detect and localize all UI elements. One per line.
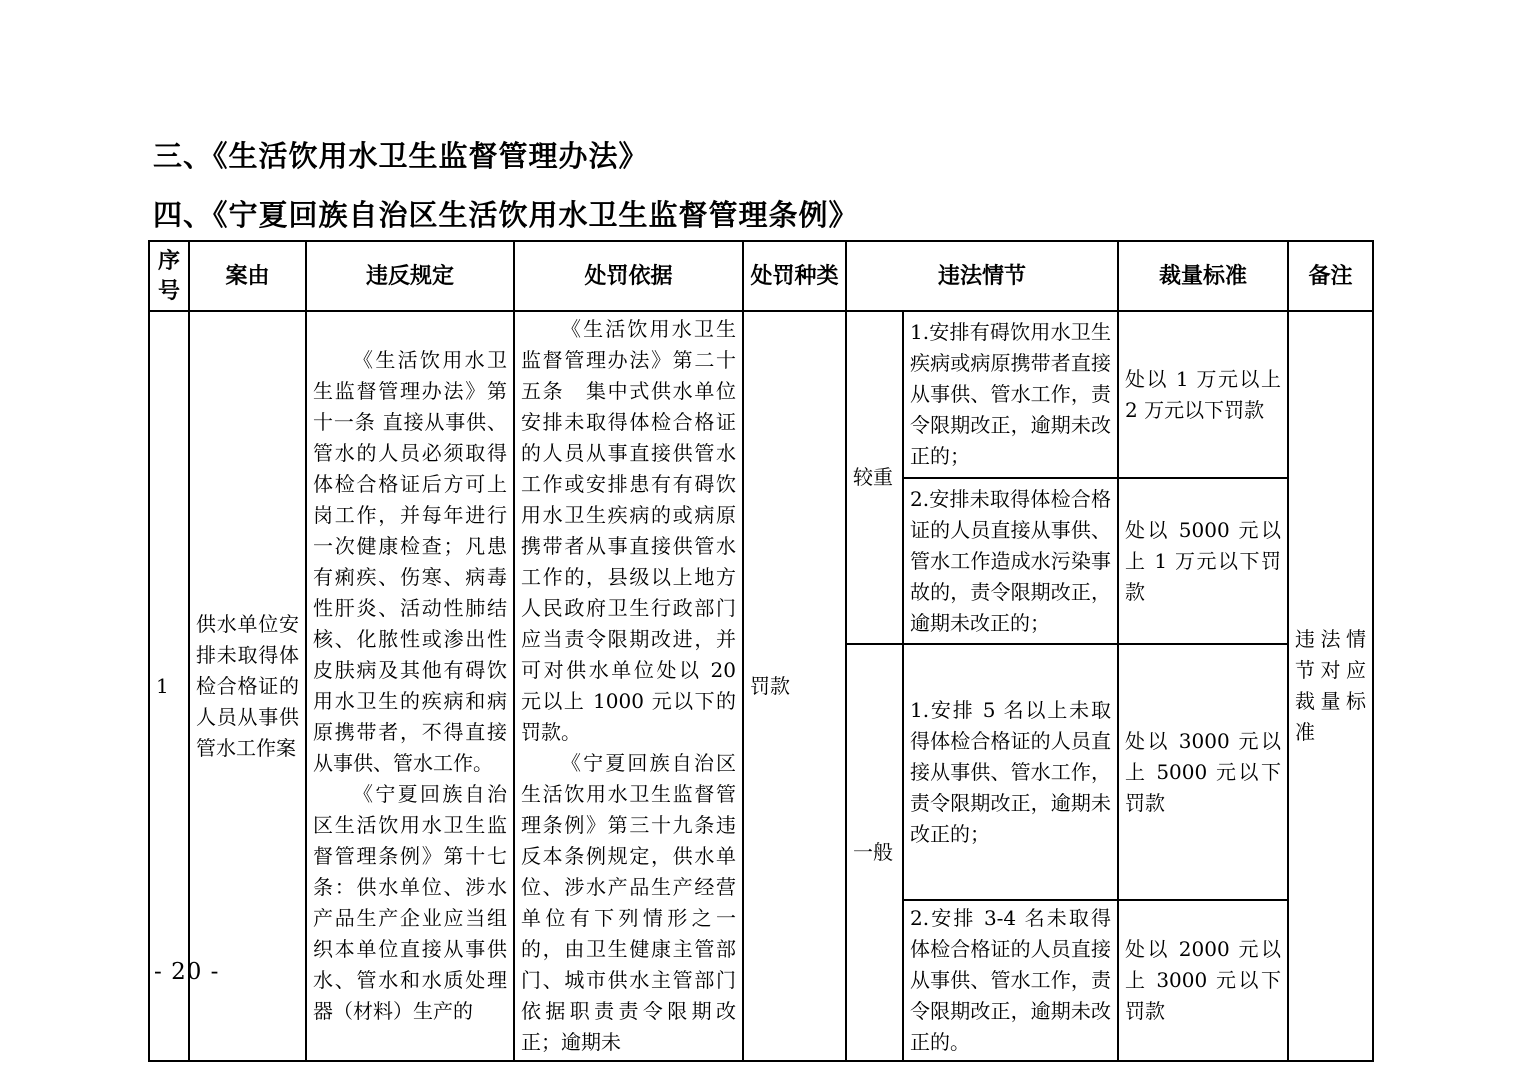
cell-cause: 供水单位安排未取得体检合格证的人员从事供管水工作案 [189,311,306,1061]
basis-paragraph: 《宁夏回族自治区生活饮用水卫生监督管理条例》第三十九条违反本条例规定，供水单位、… [521,748,736,1058]
cell-severity-serious: 较重 [846,311,903,644]
cell-discretion-standard: 处以 2000 元以上 3000 元以下罚款 [1118,900,1288,1061]
cell-discretion-standard: 处以 3000 元以上 5000 元以下罚款 [1118,644,1288,900]
cell-circumstance: 1.安排 5 名以上未取得体检合格证的人员直接从事供、管水工作，责令限期改正，逾… [903,644,1118,900]
header-row: 序号 案由 违反规定 处罚依据 处罚种类 违法情节 裁量标准 备注 [149,241,1373,311]
cell-penalty-type: 罚款 [743,311,846,1061]
basis-paragraph: 《生活饮用水卫生监督管理办法》第二十五条 集中式供水单位安排未取得体检合格证的人… [521,314,736,748]
section-heading-4: 四、《宁夏回族自治区生活饮用水卫生监督管理条例》 [153,193,859,234]
cell-circumstance: 2.安排 3-4 名未取得体检合格证的人员直接从事供、管水工作，责令限期改正，逾… [903,900,1118,1061]
col-header-violation-circumstances: 违法情节 [846,241,1118,311]
col-header-penalty-basis: 处罚依据 [514,241,743,311]
cell-severity-general: 一般 [846,644,903,1061]
cell-serial-number: 1 [149,311,189,1061]
document-page: 三、《生活饮用水卫生监督管理办法》 四、《宁夏回族自治区生活饮用水卫生监督管理条… [0,0,1520,1074]
col-header-discretion-standard: 裁量标准 [1118,241,1288,311]
col-header-penalty-type: 处罚种类 [743,241,846,311]
cell-discretion-standard: 处以 1 万元以上 2 万元以下罚款 [1118,311,1288,478]
cell-discretion-standard: 处以 5000 元以上 1 万元以下罚款 [1118,478,1288,644]
cell-violated-provision: 《生活饮用水卫生监督管理办法》第十一条 直接从事供、管水的人员必须取得体检合格证… [306,311,514,1061]
col-header-violated-provision: 违反规定 [306,241,514,311]
col-header-cause: 案由 [189,241,306,311]
section-heading-3: 三、《生活饮用水卫生监督管理办法》 [153,134,649,175]
page-number: - 20 - [154,959,219,985]
provision-paragraph: 《宁夏回族自治区生活饮用水卫生监督管理条例》第十七条：供水单位、涉水产品生产企业… [313,779,507,1027]
col-header-remarks: 备注 [1288,241,1373,311]
col-header-serial: 序号 [149,241,189,311]
regulation-table: 序号 案由 违反规定 处罚依据 处罚种类 违法情节 裁量标准 备注 1 供水单位… [148,240,1374,1062]
table-row: 1 供水单位安排未取得体检合格证的人员从事供管水工作案 《生活饮用水卫生监督管理… [149,311,1373,478]
cell-circumstance: 2.安排未取得体检合格证的人员直接从事供、管水工作造成水污染事故的，责令限期改正… [903,478,1118,644]
provision-paragraph: 《生活饮用水卫生监督管理办法》第十一条 直接从事供、管水的人员必须取得体检合格证… [313,345,507,779]
cell-circumstance: 1.安排有碍饮用水卫生疾病或病原携带者直接从事供、管水工作，责令限期改正，逾期未… [903,311,1118,478]
cell-penalty-basis: 《生活饮用水卫生监督管理办法》第二十五条 集中式供水单位安排未取得体检合格证的人… [514,311,743,1061]
cell-remarks: 违法情节对应裁量标准 [1288,311,1373,1061]
